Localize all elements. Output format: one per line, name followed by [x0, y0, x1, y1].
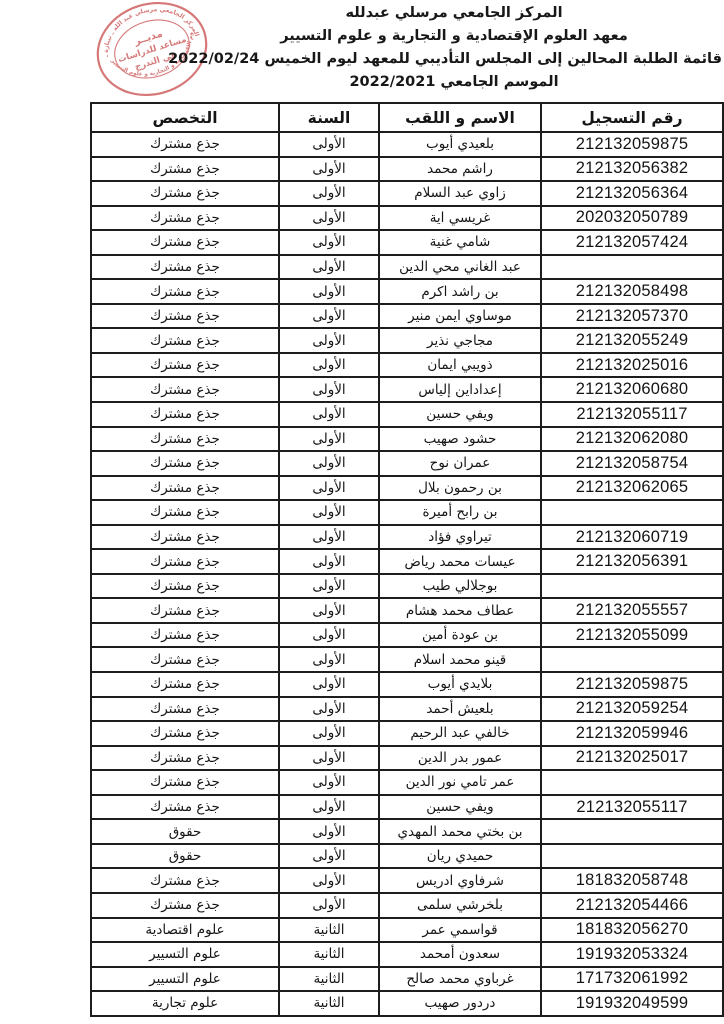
registration-number-cell	[541, 647, 723, 672]
year-cell: الأولى	[279, 893, 379, 918]
registration-number-cell	[541, 255, 723, 280]
table-row: 212132025017 عمور بدر الدين الأولى جذع م…	[91, 746, 723, 771]
speciality-cell: جذع مشترك	[91, 304, 279, 329]
registration-number-cell: 212132055117	[541, 795, 723, 820]
table-row: قينو محمد اسلام الأولى جذع مشترك	[91, 647, 723, 672]
full-name-cell: عمر تامي نور الدين	[379, 770, 541, 795]
table-row: 212132055117 ويفي حسين الأولى جذع مشترك	[91, 795, 723, 820]
year-cell: الأولى	[279, 279, 379, 304]
full-name-cell: راشم محمد	[379, 157, 541, 182]
speciality-cell: علوم اقتصادية	[91, 918, 279, 943]
table-row: 181832056270 قواسمي عمر الثانية علوم اقت…	[91, 918, 723, 943]
year-cell: الأولى	[279, 206, 379, 231]
table-body: 212132059875 بلعيدي أيوب الأولى جذع مشتر…	[91, 132, 723, 1016]
year-cell: الأولى	[279, 181, 379, 206]
speciality-cell: جذع مشترك	[91, 157, 279, 182]
full-name-cell: بن عودة أمين	[379, 623, 541, 648]
year-cell: الأولى	[279, 328, 379, 353]
table-row: 212132062080 حشود صهيب الأولى جذع مشترك	[91, 427, 723, 452]
table-row: عمر تامي نور الدين الأولى جذع مشترك	[91, 770, 723, 795]
year-cell: الأولى	[279, 598, 379, 623]
table-row: 212132056391 عيسات محمد رياض الأولى جذع …	[91, 549, 723, 574]
table-row: 212132059946 خالفي عبد الرحيم الأولى جذع…	[91, 721, 723, 746]
full-name-cell: بلخرشي سلمى	[379, 893, 541, 918]
year-cell: الأولى	[279, 844, 379, 869]
year-cell: الأولى	[279, 746, 379, 771]
year-cell: الأولى	[279, 476, 379, 501]
registration-number-cell: 212132062080	[541, 427, 723, 452]
registration-number-cell: 212132057370	[541, 304, 723, 329]
table-row: 212132056382 راشم محمد الأولى جذع مشترك	[91, 157, 723, 182]
full-name-cell: بن راشد اكرم	[379, 279, 541, 304]
year-cell: الأولى	[279, 525, 379, 550]
table-header: رقم التسجيل الاسم و اللقب السنة التخصص	[91, 103, 723, 132]
speciality-cell: جذع مشترك	[91, 230, 279, 255]
speciality-cell: جذع مشترك	[91, 402, 279, 427]
year-cell: الثانية	[279, 942, 379, 967]
speciality-cell: حقوق	[91, 844, 279, 869]
registration-number-cell: 212132056382	[541, 157, 723, 182]
table-row: 212132055099 بن عودة أمين الأولى جذع مشت…	[91, 623, 723, 648]
registration-number-cell: 212132054466	[541, 893, 723, 918]
speciality-cell: علوم التسيير	[91, 967, 279, 992]
year-cell: الأولى	[279, 132, 379, 157]
speciality-cell: علوم تجارية	[91, 991, 279, 1016]
registration-number-cell: 212132055099	[541, 623, 723, 648]
table-row: 191932049599 دردور صهيب الثانية علوم تجا…	[91, 991, 723, 1016]
speciality-cell: جذع مشترك	[91, 697, 279, 722]
registration-number-cell: 212132055249	[541, 328, 723, 353]
registration-number-cell: 212132060680	[541, 377, 723, 402]
year-cell: الأولى	[279, 377, 379, 402]
speciality-cell: جذع مشترك	[91, 181, 279, 206]
scanned-document-page: { "header": { "line1": "المركز الجامعي م…	[0, 0, 724, 1024]
year-cell: الأولى	[279, 623, 379, 648]
full-name-cell: غرباوي محمد صالح	[379, 967, 541, 992]
full-name-cell: حشود صهيب	[379, 427, 541, 452]
year-cell: الأولى	[279, 795, 379, 820]
year-cell: الأولى	[279, 353, 379, 378]
registration-number-cell: 212132059946	[541, 721, 723, 746]
full-name-cell: غريسي اية	[379, 206, 541, 231]
speciality-cell: جذع مشترك	[91, 770, 279, 795]
col-header-year: السنة	[279, 103, 379, 132]
speciality-cell: جذع مشترك	[91, 672, 279, 697]
speciality-cell: جذع مشترك	[91, 623, 279, 648]
speciality-cell: علوم التسيير	[91, 942, 279, 967]
registration-number-cell: 212132056391	[541, 549, 723, 574]
registration-number-cell: 212132025017	[541, 746, 723, 771]
table-row: 212132054466 بلخرشي سلمى الأولى جذع مشتر…	[91, 893, 723, 918]
registration-number-cell: 171732061992	[541, 967, 723, 992]
speciality-cell: جذع مشترك	[91, 476, 279, 501]
year-cell: الأولى	[279, 451, 379, 476]
table-row: 202032050789 غريسي اية الأولى جذع مشترك	[91, 206, 723, 231]
full-name-cell: عمور بدر الدين	[379, 746, 541, 771]
speciality-cell: جذع مشترك	[91, 500, 279, 525]
speciality-cell: حقوق	[91, 819, 279, 844]
registration-number-cell: 181832056270	[541, 918, 723, 943]
year-cell: الأولى	[279, 574, 379, 599]
registration-number-cell: 202032050789	[541, 206, 723, 231]
table-row: 212132060680 إعداداين إلياس الأولى جذع م…	[91, 377, 723, 402]
full-name-cell: ذويبي ايمان	[379, 353, 541, 378]
registration-number-cell: 212132058754	[541, 451, 723, 476]
year-cell: الثانية	[279, 918, 379, 943]
table-row: 212132055249 مجاجي نذير الأولى جذع مشترك	[91, 328, 723, 353]
year-cell: الأولى	[279, 230, 379, 255]
registration-number-cell	[541, 770, 723, 795]
registration-number-cell	[541, 844, 723, 869]
table-row: 212132058754 عمران نوح الأولى جذع مشترك	[91, 451, 723, 476]
full-name-cell: عبد الغاني محي الدين	[379, 255, 541, 280]
table-row: 171732061992 غرباوي محمد صالح الثانية عل…	[91, 967, 723, 992]
full-name-cell: ويفي حسين	[379, 795, 541, 820]
speciality-cell: جذع مشترك	[91, 795, 279, 820]
registration-number-cell	[541, 819, 723, 844]
col-header-speciality: التخصص	[91, 103, 279, 132]
table-row: 212132058498 بن راشد اكرم الأولى جذع مشت…	[91, 279, 723, 304]
full-name-cell: شامي غنية	[379, 230, 541, 255]
full-name-cell: بن بختي محمد المهدي	[379, 819, 541, 844]
full-name-cell: سعدون أمحمد	[379, 942, 541, 967]
full-name-cell: زاوي عبد السلام	[379, 181, 541, 206]
year-cell: الأولى	[279, 549, 379, 574]
table-row: حميدي ريان الأولى حقوق	[91, 844, 723, 869]
registration-number-cell	[541, 500, 723, 525]
speciality-cell: جذع مشترك	[91, 206, 279, 231]
full-name-cell: إعداداين إلياس	[379, 377, 541, 402]
table-row: 212132056364 زاوي عبد السلام الأولى جذع …	[91, 181, 723, 206]
table-row: 212132057370 موساوي ايمن منير الأولى جذع…	[91, 304, 723, 329]
full-name-cell: تيراوي فؤاد	[379, 525, 541, 550]
registration-number-cell: 191932053324	[541, 942, 723, 967]
year-cell: الأولى	[279, 770, 379, 795]
registration-number-cell: 191932049599	[541, 991, 723, 1016]
registration-number-cell: 212132025016	[541, 353, 723, 378]
table-row: 212132055557 عطاف محمد هشام الأولى جذع م…	[91, 598, 723, 623]
table-row: بن بختي محمد المهدي الأولى حقوق	[91, 819, 723, 844]
table-row: 212132055117 ويفي حسين الأولى جذع مشترك	[91, 402, 723, 427]
speciality-cell: جذع مشترك	[91, 746, 279, 771]
full-name-cell: بوجلالي طيب	[379, 574, 541, 599]
registration-number-cell: 212132055557	[541, 598, 723, 623]
col-header-full-name: الاسم و اللقب	[379, 103, 541, 132]
speciality-cell: جذع مشترك	[91, 549, 279, 574]
table-header-row: رقم التسجيل الاسم و اللقب السنة التخصص	[91, 103, 723, 132]
registration-number-cell: 212132059875	[541, 672, 723, 697]
speciality-cell: جذع مشترك	[91, 721, 279, 746]
registration-number-cell: 181832058748	[541, 868, 723, 893]
table-row: 212132059875 بلايدي أيوب الأولى جذع مشتر…	[91, 672, 723, 697]
registration-number-cell: 212132059875	[541, 132, 723, 157]
table-row: 212132059875 بلعيدي أيوب الأولى جذع مشتر…	[91, 132, 723, 157]
full-name-cell: قواسمي عمر	[379, 918, 541, 943]
table-row: عبد الغاني محي الدين الأولى جذع مشترك	[91, 255, 723, 280]
registration-number-cell: 212132055117	[541, 402, 723, 427]
speciality-cell: جذع مشترك	[91, 525, 279, 550]
table-row: 212132025016 ذويبي ايمان الأولى جذع مشتر…	[91, 353, 723, 378]
full-name-cell: عيسات محمد رياض	[379, 549, 541, 574]
year-cell: الأولى	[279, 819, 379, 844]
table-row: 212132062065 بن رحمون بلال الأولى جذع مش…	[91, 476, 723, 501]
speciality-cell: جذع مشترك	[91, 893, 279, 918]
table-row: 191932053324 سعدون أمحمد الثانية علوم ال…	[91, 942, 723, 967]
year-cell: الأولى	[279, 500, 379, 525]
table-row: بن رابح أميرة الأولى جذع مشترك	[91, 500, 723, 525]
students-table: رقم التسجيل الاسم و اللقب السنة التخصص 2…	[90, 102, 724, 1017]
year-cell: الأولى	[279, 697, 379, 722]
speciality-cell: جذع مشترك	[91, 598, 279, 623]
year-cell: الأولى	[279, 157, 379, 182]
registration-number-cell: 212132059254	[541, 697, 723, 722]
speciality-cell: جذع مشترك	[91, 279, 279, 304]
registration-number-cell: 212132056364	[541, 181, 723, 206]
year-cell: الأولى	[279, 255, 379, 280]
table-row: 181832058748 شرفاوي ادريس الأولى جذع مشت…	[91, 868, 723, 893]
speciality-cell: جذع مشترك	[91, 574, 279, 599]
year-cell: الثانية	[279, 967, 379, 992]
year-cell: الأولى	[279, 721, 379, 746]
registration-number-cell	[541, 574, 723, 599]
registration-number-cell: 212132062065	[541, 476, 723, 501]
year-cell: الأولى	[279, 868, 379, 893]
col-header-registration-number: رقم التسجيل	[541, 103, 723, 132]
speciality-cell: جذع مشترك	[91, 647, 279, 672]
full-name-cell: قينو محمد اسلام	[379, 647, 541, 672]
speciality-cell: جذع مشترك	[91, 255, 279, 280]
full-name-cell: عمران نوح	[379, 451, 541, 476]
year-cell: الأولى	[279, 427, 379, 452]
year-cell: الثانية	[279, 991, 379, 1016]
full-name-cell: بن رابح أميرة	[379, 500, 541, 525]
header-institution: المركز الجامعي مرسلي عبدلله	[186, 2, 722, 25]
speciality-cell: جذع مشترك	[91, 427, 279, 452]
full-name-cell: دردور صهيب	[379, 991, 541, 1016]
full-name-cell: موساوي ايمن منير	[379, 304, 541, 329]
full-name-cell: بلعيش أحمد	[379, 697, 541, 722]
speciality-cell: جذع مشترك	[91, 132, 279, 157]
year-cell: الأولى	[279, 304, 379, 329]
year-cell: الأولى	[279, 672, 379, 697]
registration-number-cell: 212132057424	[541, 230, 723, 255]
year-cell: الأولى	[279, 402, 379, 427]
table-row: بوجلالي طيب الأولى جذع مشترك	[91, 574, 723, 599]
full-name-cell: عطاف محمد هشام	[379, 598, 541, 623]
header-academic-year: الموسم الجامعي 2022/2021	[186, 71, 722, 94]
full-name-cell: مجاجي نذير	[379, 328, 541, 353]
full-name-cell: حميدي ريان	[379, 844, 541, 869]
registration-number-cell: 212132058498	[541, 279, 723, 304]
speciality-cell: جذع مشترك	[91, 328, 279, 353]
full-name-cell: ويفي حسين	[379, 402, 541, 427]
full-name-cell: شرفاوي ادريس	[379, 868, 541, 893]
speciality-cell: جذع مشترك	[91, 377, 279, 402]
speciality-cell: جذع مشترك	[91, 868, 279, 893]
full-name-cell: بلعيدي أيوب	[379, 132, 541, 157]
header-list-title: قائمة الطلبة المحالين إلى المجلس التأديب…	[186, 48, 722, 71]
table-row: 212132057424 شامي غنية الأولى جذع مشترك	[91, 230, 723, 255]
full-name-cell: بلايدي أيوب	[379, 672, 541, 697]
speciality-cell: جذع مشترك	[91, 353, 279, 378]
document-header: المركز الجامعي مرسلي عبدلله معهد العلوم …	[186, 2, 722, 94]
year-cell: الأولى	[279, 647, 379, 672]
full-name-cell: بن رحمون بلال	[379, 476, 541, 501]
table-row: 212132059254 بلعيش أحمد الأولى جذع مشترك	[91, 697, 723, 722]
table-row: 212132060719 تيراوي فؤاد الأولى جذع مشتر…	[91, 525, 723, 550]
full-name-cell: خالفي عبد الرحيم	[379, 721, 541, 746]
header-institute: معهد العلوم الإقتصادية و التجارية و علوم…	[186, 25, 722, 48]
registration-number-cell: 212132060719	[541, 525, 723, 550]
speciality-cell: جذع مشترك	[91, 451, 279, 476]
